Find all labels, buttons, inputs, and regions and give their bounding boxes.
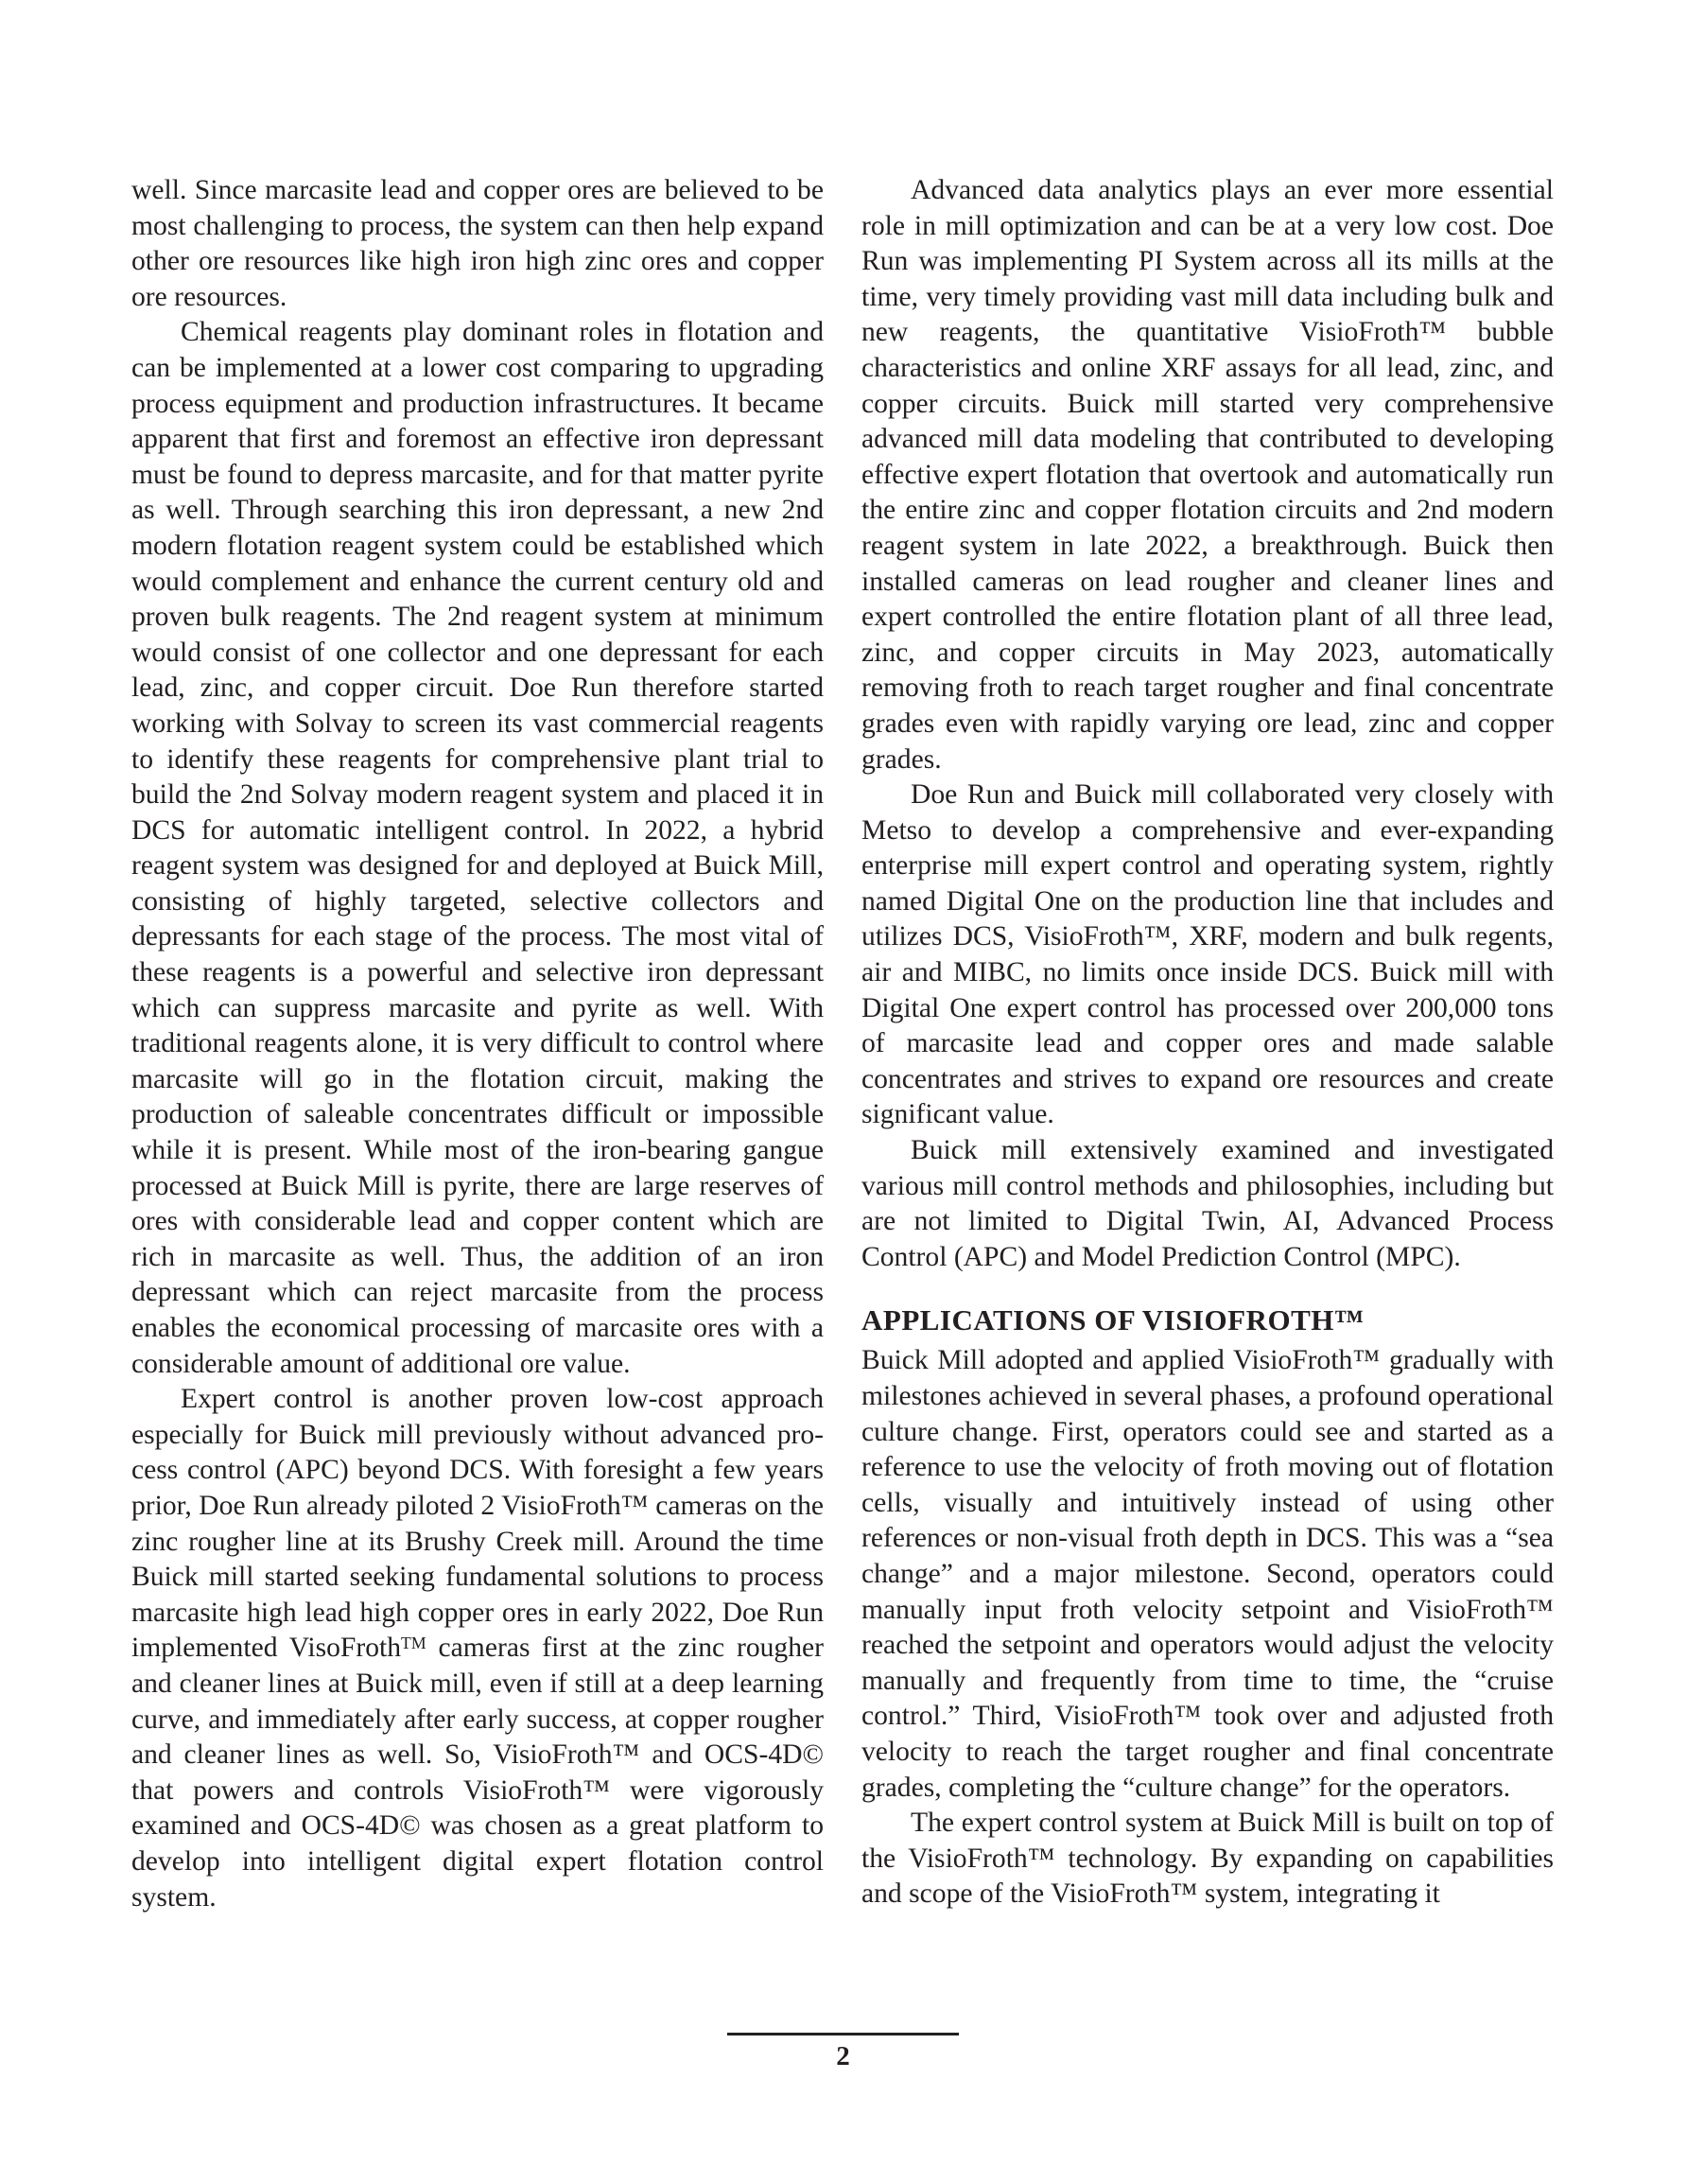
paragraph-metso-collaboration: Doe Run and Buick mill collaborated very… [861, 778, 1554, 1133]
right-column: Advanced data analytics plays an ever mo… [861, 173, 1554, 1913]
paragraph-chemical-reagents: Chemical reagents play dominant roles in… [131, 315, 824, 1382]
paragraph-adoption-phases: Buick Mill adopted and applied VisioFrot… [861, 1343, 1554, 1806]
left-column: well. Since marcasite lead and copper or… [131, 173, 824, 1915]
paragraph-expert-system: The expert control system at Buick Mill … [861, 1806, 1554, 1913]
paragraph-data-analytics: Advanced data analytics plays an ever mo… [861, 173, 1554, 778]
paragraph-expert-control: Expert control is another proven low-cos… [131, 1382, 824, 1915]
document-page: well. Since marcasite lead and copper or… [0, 0, 1687, 2184]
footer-divider [727, 2033, 959, 2035]
paragraph-continuation: well. Since marcasite lead and copper or… [131, 173, 824, 315]
section-heading-applications: APPLICATIONS OF VISIOFROTH™ [861, 1302, 1554, 1339]
page-number: 2 [727, 2041, 959, 2072]
paragraph-control-methods: Buick mill extensively examined and inve… [861, 1133, 1554, 1275]
